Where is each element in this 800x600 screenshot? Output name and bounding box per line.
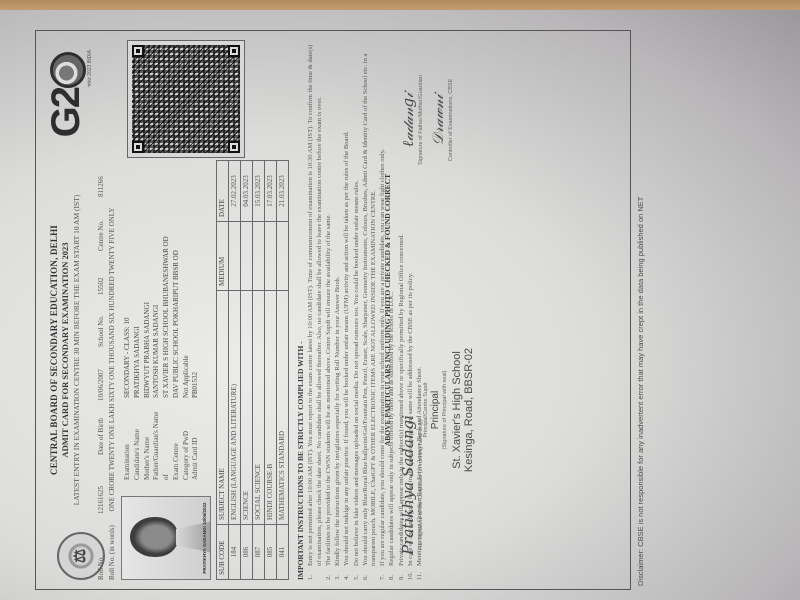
instruction-item: 1.Entry is not permitted after 10:00 AM …	[307, 40, 323, 580]
qr-finder-icon	[132, 45, 144, 57]
detail-value: Not Applicable	[182, 180, 191, 398]
instruction-item: 6.You should carry only Blue/Royal Blue …	[362, 40, 378, 580]
roll-words-value: ONE CRORE TWENTY ONE LAKH SIXTY ONE THOU…	[108, 208, 116, 512]
instruction-number: 6.	[362, 566, 378, 580]
centre-no-label: Centre No.	[97, 201, 106, 251]
detail-label: Examination	[123, 398, 132, 480]
instruction-number: 2.	[325, 566, 333, 580]
instruction-number: 3.	[334, 566, 342, 580]
roll-no-value: 12161625	[97, 459, 106, 514]
candidate-photo: PRATIKHYA SADANGI 10/06/2022	[121, 496, 211, 580]
candidate-signature: Pratikhya Sadangi Full Signature of the …	[399, 405, 425, 565]
admit-card-title: ADMIT CARD FOR SECONDARY EXAMINATION 202…	[60, 180, 71, 520]
detail-value: DAV PUBLIC SCHOOL POKHARIPUT BBSR OD	[172, 180, 181, 398]
detail-value: PB01532	[191, 180, 200, 398]
subject-code-cell: 087	[253, 525, 265, 580]
globe-icon	[50, 52, 86, 88]
qr-finder-icon	[228, 141, 240, 153]
subject-code-cell: 184	[229, 525, 241, 580]
qr-finder-icon	[228, 45, 240, 57]
subject-medium-cell	[241, 222, 253, 291]
detail-value: PRATIKHYA SADANGI	[133, 180, 142, 398]
admit-card-document: ⚖ CENTRAL BOARD OF SECONDARY EDUCATION, …	[35, 30, 655, 590]
instruction-text: Entry is not permitted after 10:00 AM (I…	[307, 40, 323, 566]
roll-info-row: Roll No. 12161625 Date of Birth 10/06/20…	[97, 180, 106, 580]
subject-code-cell: 086	[241, 525, 253, 580]
school-stamp: St. Xavier's High School Kesinga, Road, …	[451, 300, 475, 520]
instruction-number: 5.	[353, 566, 361, 580]
subject-date-cell: 17.03.2023	[265, 161, 277, 222]
subject-medium-cell	[265, 222, 277, 291]
detail-value: BIDWYUT PRABHA SADANGI	[143, 180, 152, 398]
principal-signature: Principal/Centre Supdt Principal (Signat…	[423, 330, 449, 490]
principal-sublabel: (Signature of Principal with seal)	[442, 371, 448, 450]
instruction-item: 2.The facilities to be provided to the C…	[325, 40, 333, 580]
table-row: 184ENGLISH (LANGUAGE AND LITERATURE)27.0…	[229, 161, 241, 580]
header-subject-name: SUBJECT NAME	[217, 291, 229, 525]
detail-label: Admit Card ID	[191, 398, 200, 480]
disclaimer: Disclaimer: CBSE is not responsible for …	[636, 34, 645, 586]
instruction-text: The facilities to be provided to the CWS…	[325, 214, 333, 566]
school-no-label: School No.	[97, 299, 106, 347]
instruction-text: You should not indulge in any unfair pra…	[343, 131, 351, 566]
detail-label: Category of PwD	[182, 398, 191, 480]
header-sub-code: SUB CODE	[217, 525, 229, 580]
instruction-item: 5.Do not believe in fake videos and mess…	[353, 40, 361, 580]
controller-signature-label: Controller of Examinations, CBSE	[448, 79, 454, 162]
qr-code	[127, 40, 245, 158]
detail-value: ST XAVIER S HIGH SCHOOL BHUBANESHWAR OD	[162, 180, 171, 398]
subject-medium-cell	[229, 222, 241, 291]
candidate-signature-scrawl: Pratikhya Sadangi	[399, 405, 418, 565]
verification-statement: ABOVE PARTICULARS INCLUDING PHOTO CHECKE…	[383, 30, 392, 590]
candidate-details: ExaminationSECONDARY - CLASS: 10Candidat…	[123, 180, 200, 480]
instruction-text: You should carry only Blue/Royal Blue ba…	[362, 40, 378, 566]
detail-label: Exam Centre	[172, 398, 181, 480]
subject-name-cell: SCIENCE	[241, 291, 253, 525]
g20-logo-subtitle: भारत 2023 INDIA	[87, 50, 93, 87]
parent-signature-label: Signature of Father/Mother/Guardian	[418, 75, 424, 165]
subject-name-cell: MATHEMATICS STANDARD	[277, 291, 289, 525]
parent-signature-scrawl: ℓ𝒶𝒹𝒶𝓃𝑔𝒾	[399, 60, 418, 180]
qr-finder-icon	[132, 141, 144, 153]
subject-name-cell: SOCIAL SCIENCE	[253, 291, 265, 525]
qr-pattern	[132, 45, 240, 153]
instruction-number: 1.	[307, 566, 323, 580]
title-block: CENTRAL BOARD OF SECONDARY EDUCATION, DE…	[49, 180, 81, 520]
roll-words-label: Roll No. (in words)	[108, 525, 116, 580]
roll-no-label: Roll No.	[97, 518, 106, 580]
entry-note: LATEST ENTRY IN EXAMINATION CENTRE 30 MI…	[72, 180, 81, 520]
subject-medium-cell	[277, 222, 289, 291]
centre-no-value: 811266	[97, 163, 106, 197]
parent-signature: ℓ𝒶𝒹𝒶𝓃𝑔𝒾 Signature of Father/Mother/Guard…	[399, 60, 425, 180]
instructions-heading: IMPORTANT INSTRUCTIONS TO BE STRICTLY CO…	[296, 40, 305, 580]
g20-logo-text: G2	[44, 88, 88, 137]
header-medium: MEDIUM	[217, 222, 229, 291]
detail-label: Candidate's Name	[133, 398, 142, 480]
roll-words-row: Roll No. (in words) ONE CRORE TWENTY ONE…	[108, 208, 117, 580]
instruction-text: Kindly follow the instructions given by …	[334, 276, 342, 566]
controller-signature: 𝒟𝓇𝒶𝓌𝓃𝒾 Controller of Examinations, CBSE	[429, 60, 455, 180]
principal-stamp: Principal	[430, 330, 443, 490]
table-row: 087SOCIAL SCIENCE15.03.2023	[253, 161, 265, 580]
table-row: 085HINDI COURSE-B17.03.2023	[265, 161, 277, 580]
subject-date-cell: 27.02.2023	[229, 161, 241, 222]
dob-value: 10/06/2007	[97, 351, 106, 401]
table-row: 041MATHEMATICS STANDARD21.03.2023	[277, 161, 289, 580]
subject-name-cell: ENGLISH (LANGUAGE AND LITERATURE)	[229, 291, 241, 525]
detail-label: Father/Guardian's Name	[152, 398, 161, 480]
school-stamp-name: St. Xavier's High School	[451, 300, 463, 520]
subject-name-cell: HINDI COURSE-B	[265, 291, 277, 525]
detail-value: SANTOSH KUMAR SADANGI	[152, 180, 161, 398]
photo-caption: PRATIKHYA SADANGI 10/06/2022	[202, 497, 208, 579]
instruction-number: 4.	[343, 566, 351, 580]
subject-date-cell: 04.03.2023	[241, 161, 253, 222]
instruction-item: 4.You should not indulge in any unfair p…	[343, 40, 351, 580]
photo-head	[130, 517, 178, 557]
subject-medium-cell	[253, 222, 265, 291]
dob-label: Date of Birth	[97, 405, 106, 455]
g20-logo-icon: G2	[41, 52, 91, 137]
school-no-value: 15502	[97, 255, 106, 295]
subjects-table: SUB CODE SUBJECT NAME MEDIUM DATE 184ENG…	[216, 160, 289, 580]
detail-label: Mother's Name	[143, 398, 152, 480]
detail-value: SECONDARY - CLASS: 10	[123, 180, 132, 398]
detail-label: of	[162, 398, 171, 480]
subject-date-cell: 21.03.2023	[277, 161, 289, 222]
instruction-text: Do not believe in fake videos and messag…	[353, 180, 361, 566]
subject-date-cell: 15.03.2023	[253, 161, 265, 222]
instruction-item: 3.Kindly follow the instructions given b…	[334, 40, 342, 580]
subjects-header-row: SUB CODE SUBJECT NAME MEDIUM DATE	[217, 161, 229, 580]
table-row: 086SCIENCE04.03.2023	[241, 161, 253, 580]
subject-code-cell: 085	[265, 525, 277, 580]
board-title: CENTRAL BOARD OF SECONDARY EDUCATION, DE…	[49, 180, 60, 520]
school-stamp-address: Kesinga, Road, BBSR-02	[463, 300, 475, 520]
controller-signature-scrawl: 𝒟𝓇𝒶𝓌𝓃𝒾	[429, 60, 448, 180]
subject-code-cell: 041	[277, 525, 289, 580]
signatures-section: Pratikhya Sadangi Full Signature of the …	[399, 30, 479, 590]
header-date: DATE	[217, 161, 229, 222]
principal-label: Principal/Centre Supdt	[423, 382, 429, 437]
